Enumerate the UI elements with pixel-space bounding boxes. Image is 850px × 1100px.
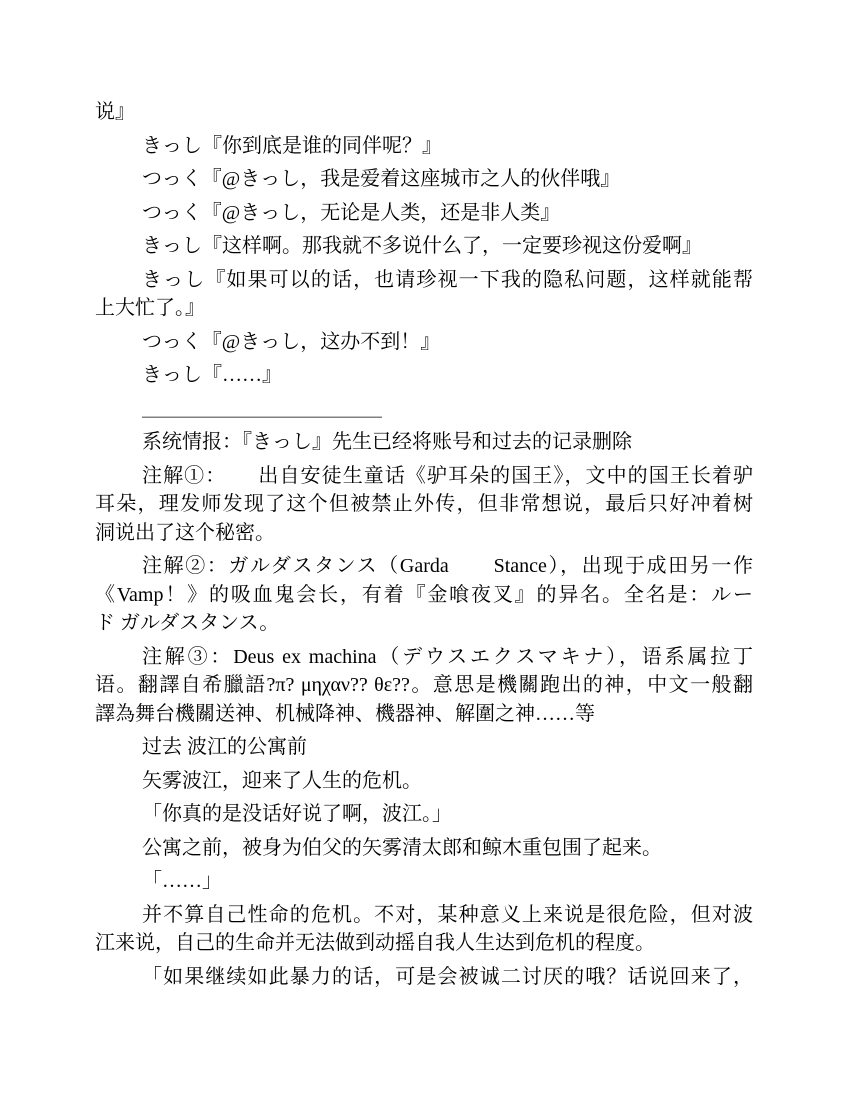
document-body: 说』きっし『你到底是谁的同伴呢？』つっく『@きっし，我是爱着这座城市之人的伙伴哦… (95, 98, 753, 996)
paragraph: 注解②：ガルダスタンス（Garda Stance），出现于成田另一作《Vamp！… (95, 552, 753, 638)
paragraph: 系统情报：『きっし』先生已经将账号和过去的记录删除 (95, 428, 753, 457)
paragraph: 矢雾波江，迎来了人生的危机。 (95, 767, 753, 796)
text-line: 过去 波江的公寓前 (95, 733, 753, 762)
paragraph: つっく『@きっし，无论是人类，还是非人类』 (95, 199, 753, 228)
text-line: 注解③：Deus ex machina（デウスエクスマキナ），语系属拉丁 (95, 643, 753, 672)
paragraph: きっし『如果可以的话，也请珍视一下我的隐私问题，这样就能帮上大忙了。』 (95, 266, 753, 323)
section-divider: ＿＿＿＿＿＿＿＿＿＿＿＿ (95, 395, 753, 424)
paragraph: 注解③：Deus ex machina（デウスエクスマキナ），语系属拉丁语。翻譯… (95, 643, 753, 729)
text-line: 「……」 (95, 867, 753, 896)
text-line: つっく『@きっし，我是爱着这座城市之人的伙伴哦』 (95, 165, 753, 194)
text-line: 上大忙了。』 (95, 294, 753, 323)
text-line: 注解②：ガルダスタンス（Garda Stance），出现于成田另一作 (95, 552, 753, 581)
paragraph: きっし『……』 (95, 361, 753, 390)
text-line: つっく『@きっし，无论是人类，还是非人类』 (95, 199, 753, 228)
text-line: 洞说出了这个秘密。 (95, 519, 753, 548)
text-line: 矢雾波江，迎来了人生的危机。 (95, 767, 753, 796)
text-line: きっし『这样啊。那我就不多说什么了，一定要珍视这份爱啊』 (95, 232, 753, 261)
text-line: 语。翻譯自希臘語?π? μηχαν?? θε??。意思是機關跑出的神，中文一般翻 (95, 671, 753, 700)
text-line: 公寓之前，被身为伯父的矢雾清太郎和鲸木重包围了起来。 (95, 834, 753, 863)
text-line: 注解①： 出自安徒生童话《驴耳朵的国王》，文中的国王长着驴 (95, 462, 753, 491)
paragraph: つっく『@きっし，我是爱着这座城市之人的伙伴哦』 (95, 165, 753, 194)
text-line: 譯為舞台機關送神、机械降神、機器神、解圍之神……等 (95, 700, 753, 729)
text-line: 《Vamp！》的吸血鬼会长，有着『金喰夜叉』的异名。全名是：ルー (95, 581, 753, 610)
paragraph: 过去 波江的公寓前 (95, 733, 753, 762)
paragraph: 「如果继续如此暴力的话，可是会被诚二讨厌的哦？话说回来了， (95, 963, 753, 992)
paragraph: きっし『你到底是谁的同伴呢？』 (95, 132, 753, 161)
paragraph: 公寓之前，被身为伯父的矢雾清太郎和鲸木重包围了起来。 (95, 834, 753, 863)
text-line: ド ガルダスタンス。 (95, 609, 753, 638)
text-line: ＿＿＿＿＿＿＿＿＿＿＿＿ (95, 395, 753, 424)
text-line: きっし『如果可以的话，也请珍视一下我的隐私问题，这样就能帮 (95, 266, 753, 295)
text-line: きっし『……』 (95, 361, 753, 390)
text-line: 系统情报：『きっし』先生已经将账号和过去的记录删除 (95, 428, 753, 457)
text-line: 并不算自己性命的危机。不对，某种意义上来说是很危险，但对波 (95, 901, 753, 930)
paragraph: 「……」 (95, 867, 753, 896)
text-line: 说』 (95, 98, 753, 127)
text-line: 「如果继续如此暴力的话，可是会被诚二讨厌的哦？话说回来了， (95, 963, 753, 992)
paragraph: 「你真的是没话好说了啊，波江。」 (95, 800, 753, 829)
paragraph: 并不算自己性命的危机。不对，某种意义上来说是很危险，但对波江来说，自己的生命并无… (95, 901, 753, 958)
text-line: 江来说，自己的生命并无法做到动摇自我人生达到危机的程度。 (95, 929, 753, 958)
paragraph: 注解①： 出自安徒生童话《驴耳朵的国王》，文中的国王长着驴耳朵，理发师发现了这个… (95, 462, 753, 548)
text-line: 耳朵，理发师发现了这个但被禁止外传，但非常想说，最后只好冲着树 (95, 490, 753, 519)
paragraph: 说』 (95, 98, 753, 127)
text-line: きっし『你到底是谁的同伴呢？』 (95, 132, 753, 161)
paragraph: つっく『@きっし，这办不到！』 (95, 328, 753, 357)
paragraph: きっし『这样啊。那我就不多说什么了，一定要珍视这份爱啊』 (95, 232, 753, 261)
text-line: つっく『@きっし，这办不到！』 (95, 328, 753, 357)
text-line: 「你真的是没话好说了啊，波江。」 (95, 800, 753, 829)
